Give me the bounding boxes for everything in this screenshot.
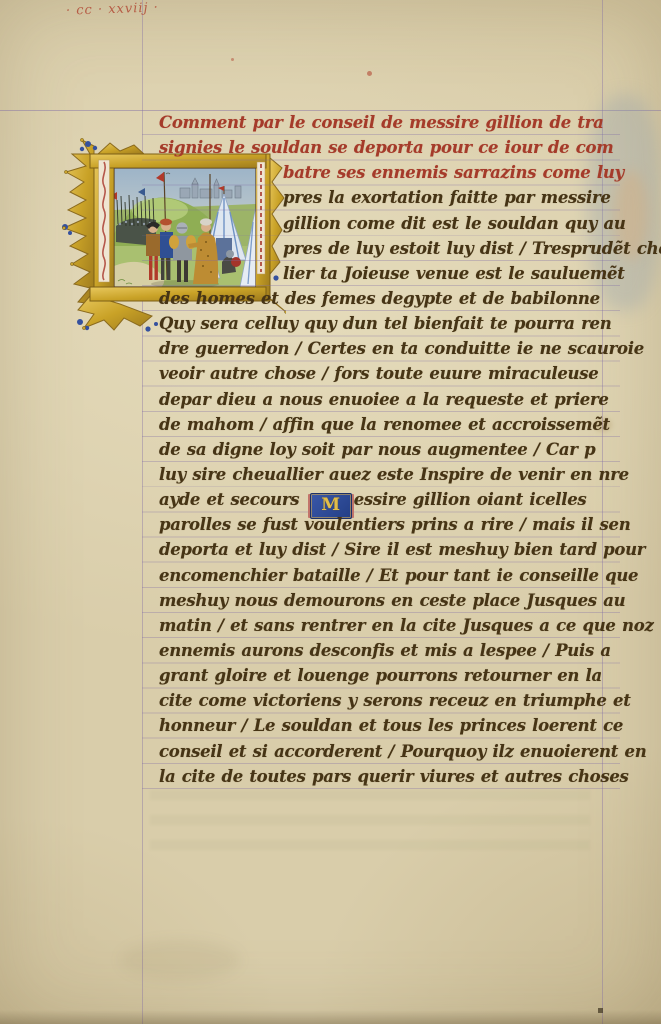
folio-number: · cc · xxviij · xyxy=(66,0,159,18)
text-line: luy sire cheuallier auez este Inspire de… xyxy=(159,462,620,487)
text-line: pres de luy estoit luy dist / Tresprudẽt… xyxy=(283,236,620,261)
text-line: cite come victoriens y serons receuz en … xyxy=(159,688,620,713)
rubric-line: Comment par le conseil de messire gillio… xyxy=(159,110,620,135)
text-line: veoir autre chose / fors toute euure mir… xyxy=(159,361,620,386)
stain xyxy=(120,940,240,980)
text-line: Quy sera celluy quy dun tel bienfait te … xyxy=(159,311,620,336)
text-block: Comment par le conseil de messire gillio… xyxy=(142,110,620,789)
stain xyxy=(231,58,234,61)
rubric-line: batre ses ennemis sarrazins come luy xyxy=(283,160,620,185)
text-line: deporta et luy dist / Sire il est meshuy… xyxy=(159,537,620,562)
manuscript-page: · cc · xxviij · xyxy=(0,0,661,1024)
text-line: encomenchier bataille / Et pour tant ie … xyxy=(159,563,620,588)
text-line: de mahom / affin que la renomee et accro… xyxy=(159,412,620,437)
rubric-line: signies le souldan se deporta pour ce io… xyxy=(159,135,620,160)
text-line: lier ta Joieuse venue est le sauluemẽt xyxy=(283,261,620,286)
text-line: honneur / Le souldan et tous les princes… xyxy=(159,713,620,738)
stain xyxy=(367,71,372,76)
text-segment: ayde et secours xyxy=(159,490,299,509)
text-line: pres la exortation faitte par messire xyxy=(283,185,620,210)
text-line: conseil et si accorderent / Pourquoy ilz… xyxy=(159,739,620,764)
text-line: grant gloire et louenge pourrons retourn… xyxy=(159,663,620,688)
text-line-with-initial: ayde et secours Messire gillion oiant ic… xyxy=(159,487,620,512)
text-line: meshuy nous demourons en ceste place Jus… xyxy=(159,588,620,613)
text-line: la cite de toutes pars querir viures et … xyxy=(159,764,620,789)
text-line: matin / et sans rentrer en la cite Jusqu… xyxy=(159,613,620,638)
text-line: gillion come dit est le souldan quy au xyxy=(283,211,620,236)
text-show-through xyxy=(150,790,590,850)
text-line: depar dieu a nous enuoiee a la requeste … xyxy=(159,387,620,412)
text-line: dre guerredon / Certes en ta conduitte i… xyxy=(159,336,620,361)
text-line: des homes et des femes degypte et de bab… xyxy=(159,286,620,311)
svg-text:A: A xyxy=(60,138,72,142)
text-line: de sa digne loy soit par nous augmentee … xyxy=(159,437,620,462)
text-segment: essire gillion oiant icelles xyxy=(354,490,587,509)
text-line: ennemis aurons desconfis et mis a lespee… xyxy=(159,638,620,663)
text-line: parolles se fust voulentiers prins a rir… xyxy=(159,512,620,537)
